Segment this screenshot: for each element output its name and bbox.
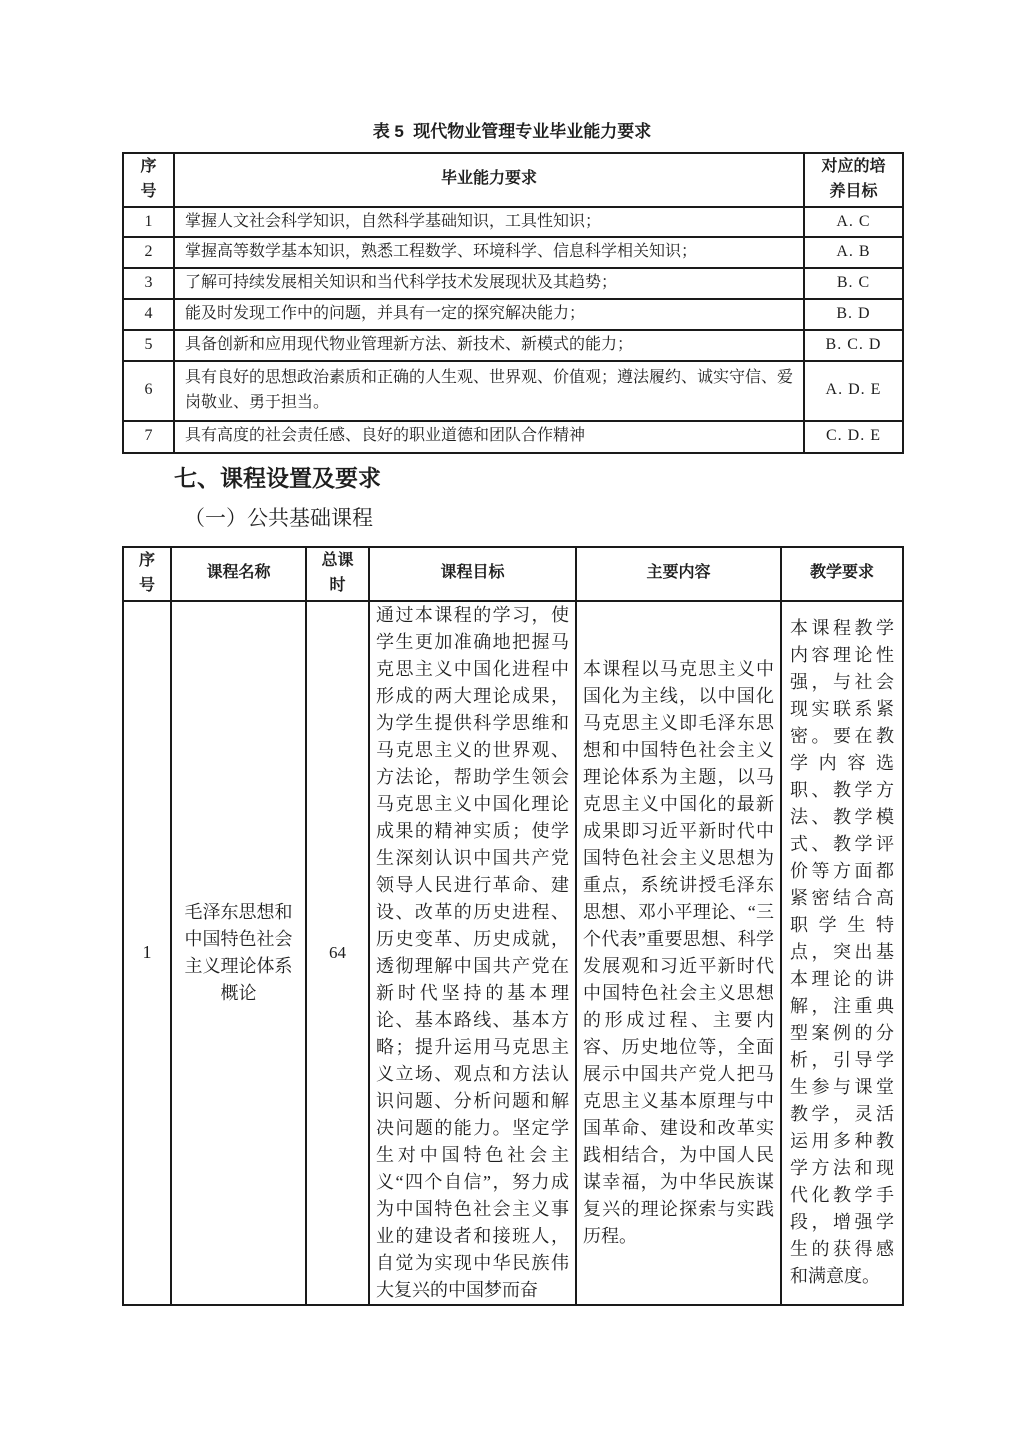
row-requirement: 能及时发现工作中的问题，并具有一定的探究解决能力；: [174, 299, 804, 330]
row-requirement: 了解可持续发展相关知识和当代科学技术发展现状及其趋势；: [174, 268, 804, 299]
t1-header-no: 序 号: [123, 153, 174, 207]
row-no: 7: [123, 421, 174, 453]
t2-header-course-name: 课程名称: [171, 547, 306, 601]
row-target: C. D. E: [804, 421, 903, 453]
row-no: 5: [123, 330, 174, 361]
public-basic-courses-table: 序 号 课程名称 总课 时 课程目标 主要内容 教学要求 1 毛泽东思想和中国特…: [122, 546, 904, 1306]
t2-header-objective: 课程目标: [369, 547, 576, 601]
table-row: 4 能及时发现工作中的问题，并具有一定的探究解决能力； B. D: [123, 299, 903, 330]
row-target: A. B: [804, 237, 903, 268]
table1-title: 表 5 现代物业管理专业毕业能力要求: [122, 118, 902, 146]
row-requirement: 具有良好的思想政治素质和正确的人生观、世界观、价值观；遵法履约、诚实守信、爱岗敬…: [174, 361, 804, 421]
row-requirement: 具备创新和应用现代物业管理新方法、新技术、新模式的能力；: [174, 330, 804, 361]
subsection-heading: （一）公共基础课程: [184, 504, 902, 532]
row-no: 3: [123, 268, 174, 299]
table-row: 7 具有高度的社会责任感、良好的职业道德和团队合作精神 C. D. E: [123, 421, 903, 453]
row-no: 6: [123, 361, 174, 421]
row-requirement: 具有高度的社会责任感、良好的职业道德和团队合作精神: [174, 421, 804, 453]
course-teaching-requirement: 本课程教学内容理论性强，与社会现实联系紧密。要在教学内容选职、教学方法、教学模式…: [781, 601, 903, 1305]
t2-header-teaching-requirement: 教学要求: [781, 547, 903, 601]
row-target: A. C: [804, 207, 903, 238]
row-target: A. D. E: [804, 361, 903, 421]
course-total-hours: 64: [306, 601, 369, 1305]
course-no: 1: [123, 601, 171, 1305]
t2-header-main-content: 主要内容: [576, 547, 781, 601]
t2-header-row: 序 号 课程名称 总课 时 课程目标 主要内容 教学要求: [123, 547, 903, 601]
section-heading: 七、课程设置及要求: [174, 464, 902, 492]
row-requirement: 掌握高等数学基本知识，熟悉工程数学、环境科学、信息科学相关知识；: [174, 237, 804, 268]
row-target: B. C: [804, 268, 903, 299]
t2-header-total-hours: 总课 时: [306, 547, 369, 601]
t2-header-no: 序 号: [123, 547, 171, 601]
table-row: 3 了解可持续发展相关知识和当代科学技术发展现状及其趋势； B. C: [123, 268, 903, 299]
t1-header-target: 对应的培 养目标: [804, 153, 903, 207]
row-no: 4: [123, 299, 174, 330]
row-requirement: 掌握人文社会科学知识，自然科学基础知识，工具性知识；: [174, 207, 804, 238]
table-row: 2 掌握高等数学基本知识，熟悉工程数学、环境科学、信息科学相关知识； A. B: [123, 237, 903, 268]
row-target: B. C. D: [804, 330, 903, 361]
table-row: 5 具备创新和应用现代物业管理新方法、新技术、新模式的能力； B. C. D: [123, 330, 903, 361]
course-main-content: 本课程以马克思主义中国化为主线，以中国化马克思主义即毛泽东思想和中国特色社会主义…: [576, 601, 781, 1305]
document-page: 表 5 现代物业管理专业毕业能力要求 序 号 毕业能力要求 对应的培 养目标 1…: [0, 0, 1024, 1447]
t1-header-row: 序 号 毕业能力要求 对应的培 养目标: [123, 153, 903, 207]
course-objective: 通过本课程的学习，使学生更加准确地把握马克思主义中国化进程中形成的两大理论成果，…: [369, 601, 576, 1305]
table-row: 1 掌握人文社会科学知识，自然科学基础知识，工具性知识； A. C: [123, 207, 903, 238]
row-no: 2: [123, 237, 174, 268]
course-name: 毛泽东思想和中国特色社会主义理论体系概论: [171, 601, 306, 1305]
course-row: 1 毛泽东思想和中国特色社会主义理论体系概论 64 通过本课程的学习，使学生更加…: [123, 601, 903, 1305]
row-target: B. D: [804, 299, 903, 330]
graduation-ability-table: 序 号 毕业能力要求 对应的培 养目标 1 掌握人文社会科学知识，自然科学基础知…: [122, 152, 904, 454]
row-no: 1: [123, 207, 174, 238]
table-row: 6 具有良好的思想政治素质和正确的人生观、世界观、价值观；遵法履约、诚实守信、爱…: [123, 361, 903, 421]
t1-header-requirement: 毕业能力要求: [174, 153, 804, 207]
